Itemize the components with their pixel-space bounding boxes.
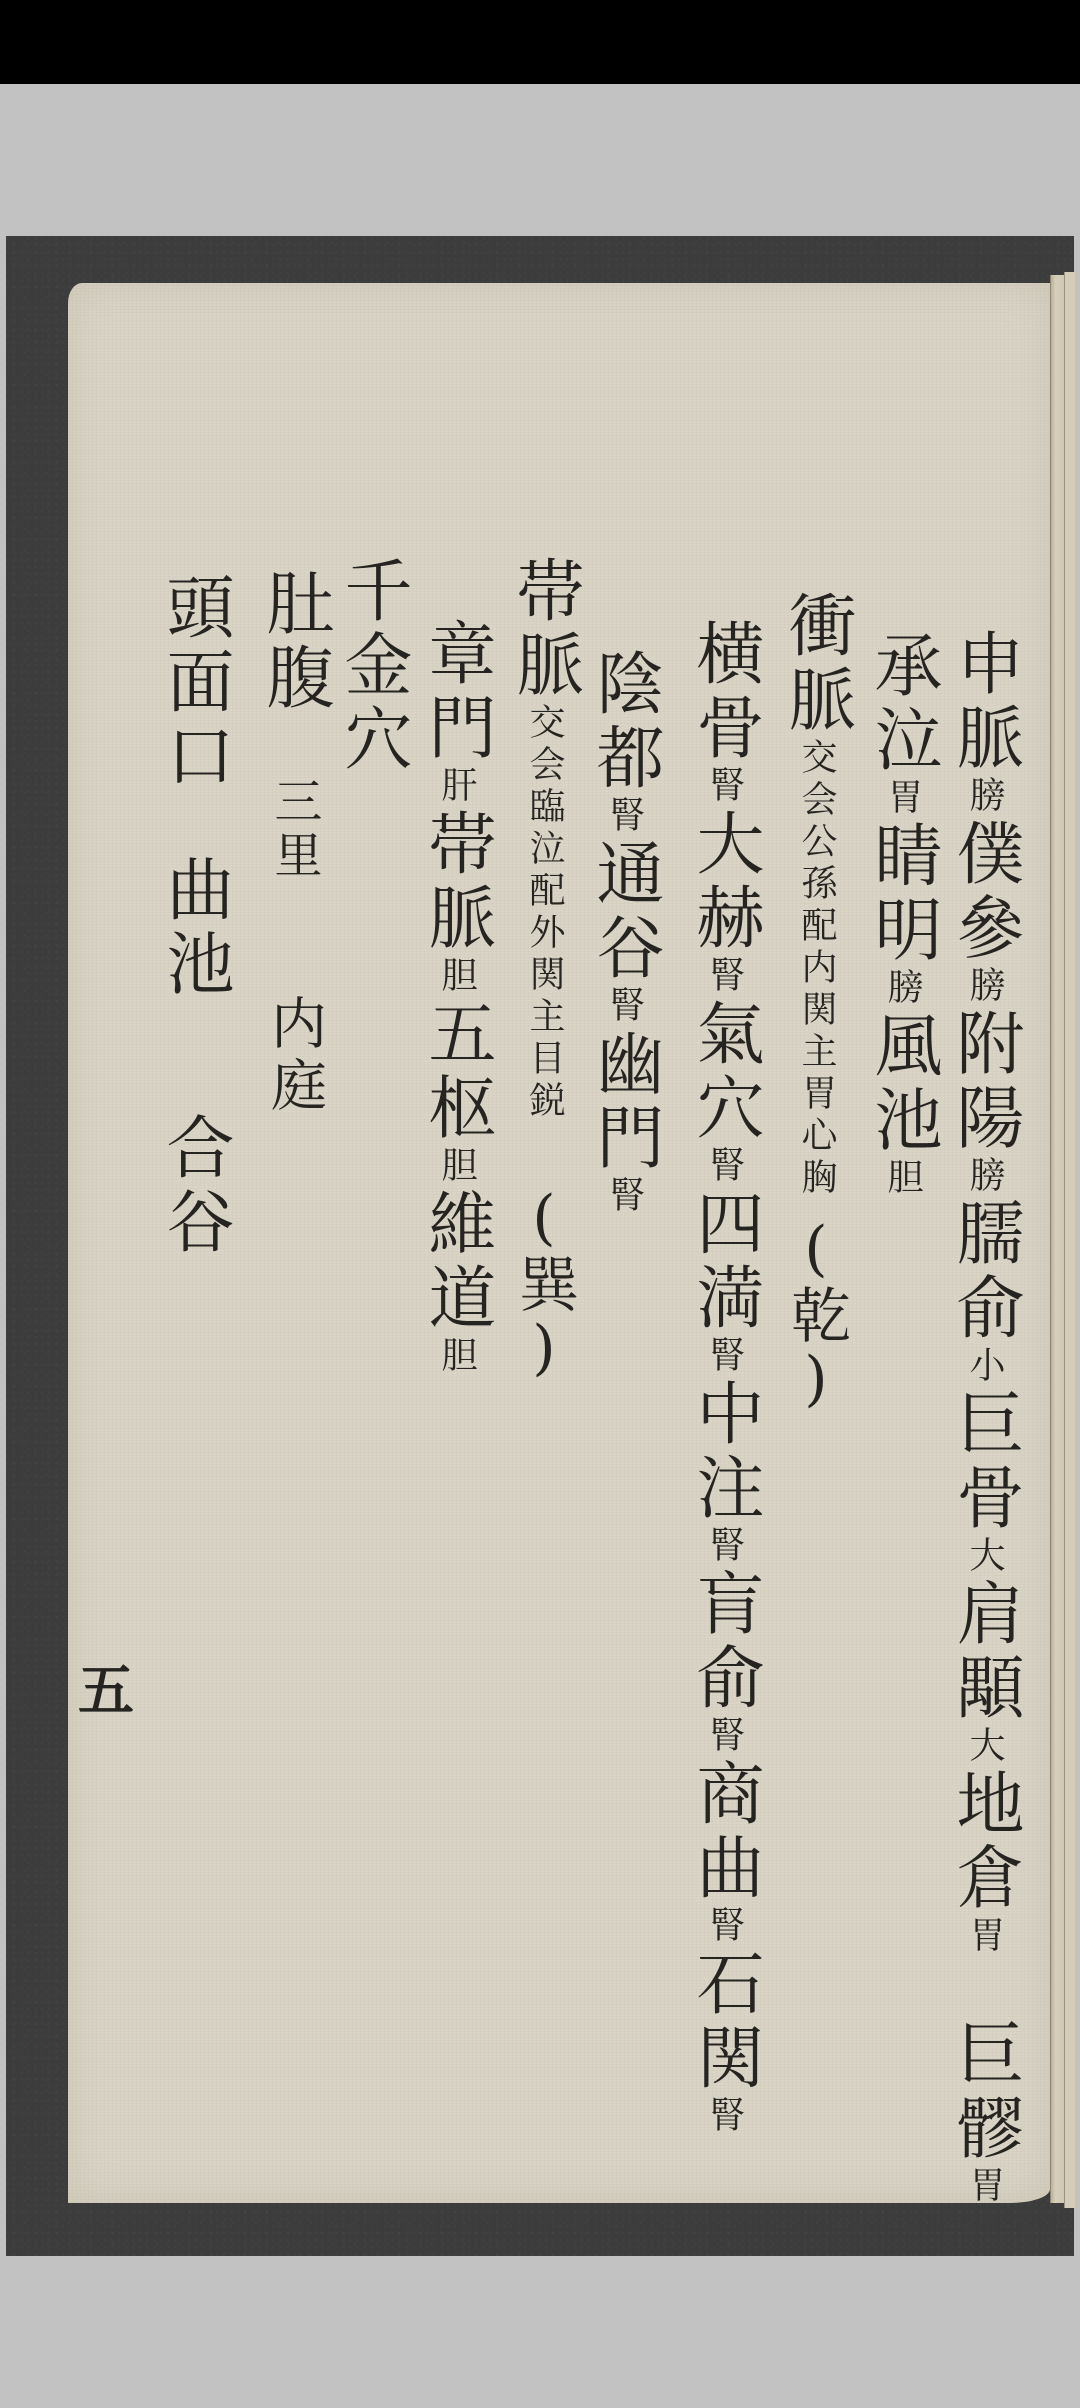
acupoint-name: 中注	[685, 1378, 764, 1526]
meridian-note: 腎	[604, 796, 645, 838]
meridian-note: 肝	[436, 766, 477, 808]
vessel-name: 衝脈	[777, 590, 856, 738]
text-column-5: 陰都腎通谷腎幽門腎	[590, 648, 658, 1218]
meridian-note: 腎	[704, 1906, 745, 1948]
meridian-note: 腎	[704, 1336, 745, 1378]
text-column-7: 章門肝帯脈胆五枢胆維道胆	[422, 618, 490, 1378]
acupoint-name: 五枢	[417, 998, 496, 1146]
meridian-note: 小	[964, 1346, 1005, 1388]
text-column-3: 衝脈交会公孫配内関主胃心胸(乾)	[782, 590, 850, 1414]
body-region: 頭面口	[155, 572, 234, 794]
meridian-note: 胆	[882, 1158, 923, 1200]
acupoint-name: 商曲	[685, 1758, 764, 1906]
meridian-note: 腎	[704, 1716, 745, 1758]
meridian-note: 胃	[964, 2166, 1005, 2208]
acupoint-name: 臑俞	[945, 1198, 1024, 1346]
section-heading: 千金穴	[333, 555, 412, 777]
text-column-10: 頭面口曲池合谷	[160, 572, 228, 1260]
meridian-note: 胆	[436, 1146, 477, 1188]
acupoint-name: 通谷	[585, 838, 664, 986]
vessel-name: 帯脈	[505, 555, 584, 703]
meridian-note: 腎	[704, 1146, 745, 1188]
meridian-note: 腎	[704, 2096, 745, 2138]
status-bar	[0, 0, 1080, 84]
acupoint-name: 大赫	[685, 808, 764, 956]
acupoint-name: 肓俞	[685, 1568, 764, 1716]
trigram-label: (乾)	[786, 1214, 846, 1414]
acupoint-name: 肩顒	[945, 1578, 1024, 1726]
acupoint-name: 僕參	[945, 818, 1024, 966]
page-number: 五	[78, 1647, 134, 1727]
text-column-1: 申脈膀僕參膀附陽膀臑俞小巨骨大肩顒大地倉胃巨髎胃	[950, 628, 1018, 2208]
acupoint-name: 曲池	[155, 854, 234, 1002]
acupoint-name: 幽門	[585, 1028, 664, 1176]
acupoint-name: 陰都	[585, 648, 664, 796]
trigram-label: (巽)	[514, 1183, 574, 1383]
text-column-6: 帯脈交会臨泣配外関主目鋭(巽)	[510, 555, 578, 1383]
acupoint-name: 申脈	[945, 628, 1024, 776]
acupoint-name: 附陽	[945, 1008, 1024, 1156]
text-column-8: 千金穴	[338, 555, 406, 777]
page-fold	[1050, 275, 1065, 2203]
acupoint-name: 合谷	[155, 1112, 234, 1260]
acupoint-name: 風池	[863, 1010, 942, 1158]
acupoint-name: 睛明	[863, 820, 942, 968]
meridian-note: 胆	[436, 1336, 477, 1378]
next-page-edge	[1064, 272, 1075, 2208]
meridian-note: 腎	[604, 986, 645, 1028]
acupoint-name: 維道	[417, 1188, 496, 1336]
meridian-note: 大	[964, 1536, 1005, 1578]
vessel-note: 交会公孫配内関主胃心胸	[796, 738, 837, 1200]
meridian-note: 膀	[964, 1156, 1005, 1198]
meridian-note: 胃	[964, 1916, 1005, 1958]
acupoint-name: 帯脈	[417, 808, 496, 956]
acupoint-name: 氣穴	[685, 998, 764, 1146]
meridian-note: 腎	[704, 766, 745, 808]
trigram-xun: 巽	[509, 1253, 579, 1313]
acupoint-name: 三里	[266, 776, 322, 884]
meridian-note: 腎	[704, 956, 745, 998]
acupoint-name: 内庭	[262, 994, 327, 1118]
acupoint-name: 章門	[417, 618, 496, 766]
body-region: 肚腹	[255, 568, 334, 716]
text-column-2: 承泣胃睛明膀風池胆	[868, 630, 936, 1200]
acupoint-name: 石関	[685, 1948, 764, 2096]
acupoint-name: 四満	[685, 1188, 764, 1336]
meridian-note: 腎	[704, 1526, 745, 1568]
acupoint-name: 横骨	[685, 618, 764, 766]
meridian-note: 大	[964, 1726, 1005, 1768]
acupoint-name: 地倉	[945, 1768, 1024, 1916]
meridian-note: 胆	[436, 956, 477, 998]
meridian-note: 胃	[882, 778, 923, 820]
acupoint-name: 巨骨	[945, 1388, 1024, 1536]
meridian-note: 腎	[604, 1176, 645, 1218]
vessel-note: 交会臨泣配外関主目鋭	[524, 703, 565, 1123]
acupoint-name: 承泣	[863, 630, 942, 778]
meridian-note: 膀	[964, 776, 1005, 818]
meridian-note: 膀	[882, 968, 923, 1010]
acupoint-name: 巨髎	[945, 2018, 1024, 2166]
trigram-qian: 乾	[781, 1284, 851, 1344]
text-column-9: 肚腹三里内庭	[260, 568, 328, 1118]
meridian-note: 膀	[964, 966, 1005, 1008]
text-column-4: 横骨腎大赫腎氣穴腎四満腎中注腎肓俞腎商曲腎石関腎	[690, 618, 758, 2138]
